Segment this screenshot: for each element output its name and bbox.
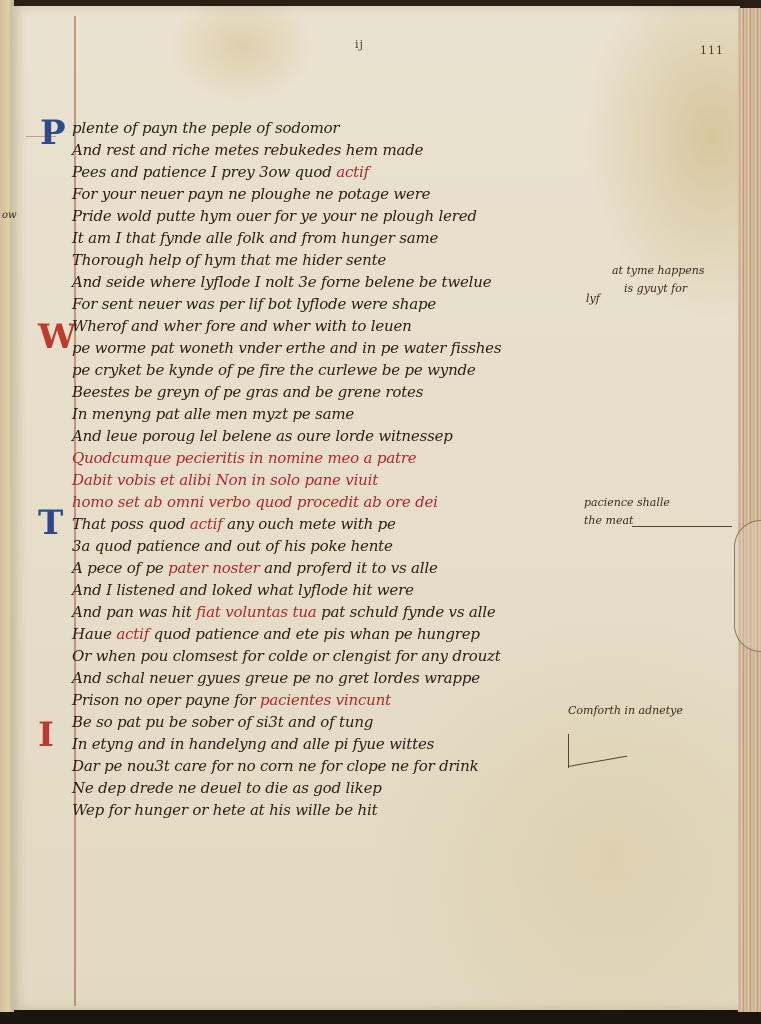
text-line: Wherof and wher fore and wher with to le… bbox=[72, 316, 412, 336]
red-initial-w: W bbox=[38, 320, 76, 354]
text-line: Haue actif quod patience and ete pis wha… bbox=[72, 624, 480, 644]
marginal-note: is gyuyt for bbox=[624, 282, 687, 295]
text-line: Ne dep drede ne deuel to die as god like… bbox=[72, 778, 382, 798]
marginal-bracket bbox=[568, 734, 569, 768]
text-line: Or when pou clomsest for colde or clengi… bbox=[72, 646, 501, 666]
marginal-rule bbox=[632, 526, 732, 527]
rubric-word: pacientes vincunt bbox=[260, 691, 391, 709]
latin-rubric-line: Quodcumque pecieritis in nomine meo a pa… bbox=[72, 448, 416, 468]
manuscript-photo: ij 111 P W T I plente of payn the peple … bbox=[0, 0, 761, 1024]
text-line: Beestes be greyn of pe gras and be grene… bbox=[72, 382, 423, 402]
page-edges bbox=[738, 8, 761, 1012]
book-bottom-edge bbox=[0, 1012, 761, 1024]
text-line: And leue poroug lel belene as oure lorde… bbox=[72, 426, 453, 446]
text-line: 3a quod patience and out of his poke hen… bbox=[72, 536, 393, 556]
latin-rubric-line: homo set ab omni verbo quod procedit ab … bbox=[72, 492, 438, 512]
marginal-bracket bbox=[568, 756, 627, 767]
text-line: And seide where lyflode I nolt 3e forne … bbox=[72, 272, 491, 292]
rubric-word: fiat voluntas tua bbox=[196, 603, 316, 621]
text-line: Pride wold putte hym ouer for ye your ne… bbox=[72, 206, 477, 226]
folio-mark-center: ij bbox=[355, 38, 364, 51]
marginal-note: lyf bbox=[586, 292, 600, 305]
rubric-word: actif bbox=[190, 515, 223, 533]
blue-initial-p: P bbox=[40, 116, 66, 150]
marginal-note: at tyme happens bbox=[612, 264, 705, 277]
text-line: And pan was hit fiat voluntas tua pat sc… bbox=[72, 602, 496, 622]
marginal-note: Comforth in adnetye bbox=[568, 704, 683, 717]
marginal-note: the meat bbox=[584, 514, 633, 527]
manuscript-page: ij 111 P W T I plente of payn the peple … bbox=[12, 6, 740, 1010]
text-line: Dar pe nou3t care for no corn ne for clo… bbox=[72, 756, 478, 776]
text-line: plente of payn the peple of sodomor bbox=[72, 118, 339, 138]
text-line: In etyng and in handelyng and alle pi fy… bbox=[72, 734, 434, 754]
text-line: And I listened and loked what lyflode hi… bbox=[72, 580, 414, 600]
text-line: Be so pat pu be sober of si3t and of tun… bbox=[72, 712, 373, 732]
text-line: Pees and patience I prey 3ow quod actif bbox=[72, 162, 369, 182]
text-line: pe worme pat woneth vnder erthe and in p… bbox=[72, 338, 501, 358]
rubric-word: actif bbox=[116, 625, 149, 643]
facing-page-fragment: ow bbox=[2, 210, 17, 221]
text-line: pe cryket be kynde of pe fire the curlew… bbox=[72, 360, 476, 380]
text-line: That poss quod actif any ouch mete with … bbox=[72, 514, 396, 534]
folio-number: 111 bbox=[700, 44, 724, 57]
marginal-note: pacience shalle bbox=[584, 496, 670, 509]
text-line: Wep for hunger or hete at his wille be h… bbox=[72, 800, 377, 820]
page-tab bbox=[734, 520, 761, 652]
rubric-word: pater noster bbox=[168, 559, 259, 577]
text-line: And schal neuer gyues greue pe no gret l… bbox=[72, 668, 480, 688]
text-line: A pece of pe pater noster and proferd it… bbox=[72, 558, 438, 578]
red-initial-i: I bbox=[38, 718, 54, 752]
text-line: Prison no oper payne for pacientes vincu… bbox=[72, 690, 391, 710]
rubric-word: actif bbox=[336, 163, 369, 181]
text-line: For your neuer payn ne ploughe ne potage… bbox=[72, 184, 430, 204]
blue-initial-t: T bbox=[38, 506, 63, 540]
text-line: It am I that fynde alle folk and from hu… bbox=[72, 228, 438, 248]
latin-rubric-line: Dabit vobis et alibi Non in solo pane vi… bbox=[72, 470, 378, 490]
text-line: And rest and riche metes rebukedes hem m… bbox=[72, 140, 423, 160]
text-line: Thorough help of hym that me hider sente bbox=[72, 250, 386, 270]
text-line: In menyng pat alle men myzt pe same bbox=[72, 404, 354, 424]
text-line: For sent neuer was per lif bot lyflode w… bbox=[72, 294, 436, 314]
